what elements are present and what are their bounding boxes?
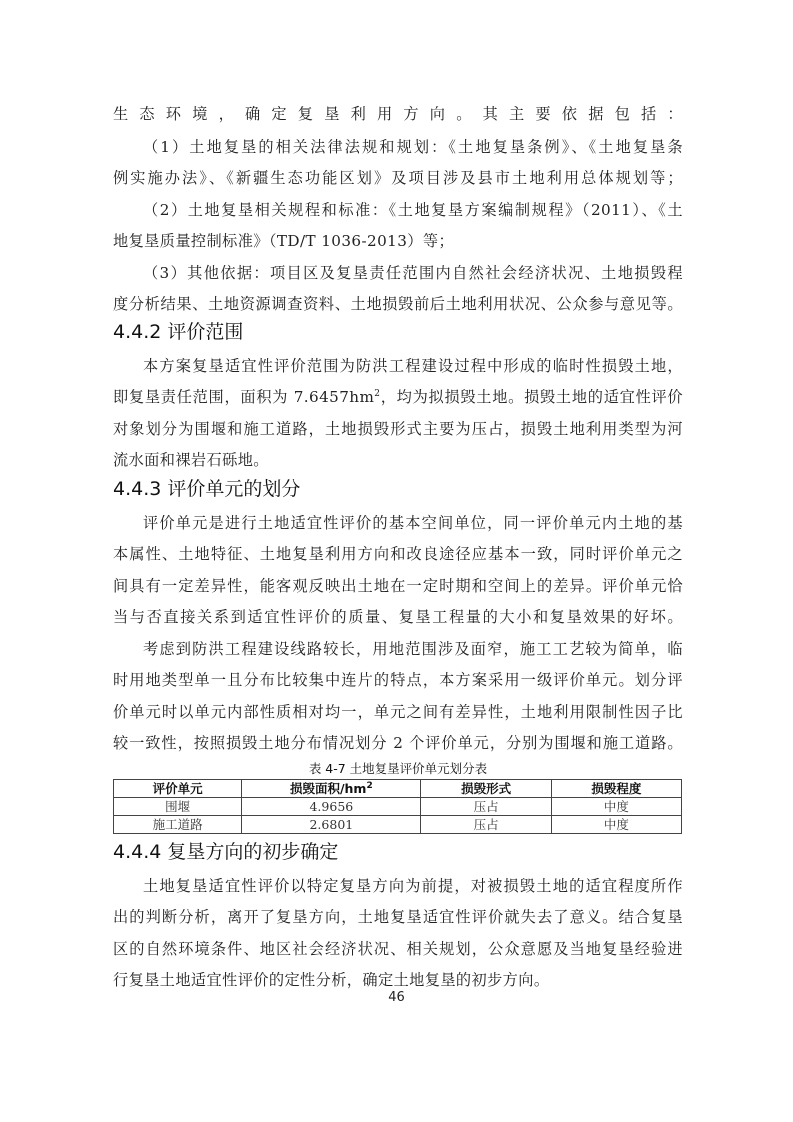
table-row: 围堰 4.9656 压占 中度 bbox=[114, 798, 682, 816]
evaluation-units-table: 评价单元 损毁面积/hm2 损毁形式 损毁程度 围堰 4.9656 压占 中度 … bbox=[113, 779, 682, 834]
paragraph-line: 本属性、土地特征、土地复垦利用方向和改良途径应基本一致，同时评价单元之 bbox=[113, 544, 683, 564]
cell-area: 2.6801 bbox=[242, 816, 421, 834]
paragraph-line: 较一致性，按照损毁土地分布情况划分 2 个评价单元，分别为围堰和施工道路。 bbox=[113, 733, 683, 753]
paragraph-line: （1）土地复垦的相关法律法规和规划：《土地复垦条例》、《土地复垦条 bbox=[143, 137, 683, 157]
paragraph-line: 例实施办法》、《新疆生态功能区划》及项目涉及县市土地利用总体规划等； bbox=[113, 168, 683, 188]
paragraph-line: （3）其他依据：项目区及复垦责任范围内自然社会经济状况、土地损毁程 bbox=[143, 263, 683, 283]
paragraph-line: 对象划分为围堰和施工道路，土地损毁形式主要为压占，损毁土地利用类型为河 bbox=[113, 419, 683, 439]
cell-unit: 围堰 bbox=[114, 798, 242, 816]
paragraph-line: 间具有一定差异性，能客观反映出土地在一定时期和空间上的差异。评价单元恰 bbox=[113, 576, 683, 596]
cell-degree: 中度 bbox=[551, 798, 681, 816]
section-heading-4-4-2: 4.4.2 评价范围 bbox=[113, 320, 243, 344]
column-header-degree: 损毁程度 bbox=[551, 780, 681, 798]
table-caption: 表 4-7 土地复垦评价单元划分表 bbox=[113, 761, 683, 777]
column-header-unit: 评价单元 bbox=[114, 780, 242, 798]
cell-degree: 中度 bbox=[551, 816, 681, 834]
paragraph-line: 出的判断分析，离开了复垦方向，土地复垦适宜性评价就失去了意义。结合复垦 bbox=[113, 907, 683, 927]
paragraph-line: 价单元时以单元内部性质相对均一，单元之间有差异性，土地利用限制性因子比 bbox=[113, 702, 683, 722]
paragraph-line: 区的自然环境条件、地区社会经济状况、相关规划，公众意愿及当地复垦经验进 bbox=[113, 939, 683, 959]
paragraph-line: （2）土地复垦相关规程和标准：《土地复垦方案编制规程》（2011）、《土 bbox=[143, 200, 683, 220]
text-fragment: ，均为拟损毁土地。损毁土地的适宜性评价 bbox=[380, 388, 683, 406]
paragraph-line: 地复垦质量控制标准》（TD/T 1036-2013）等； bbox=[113, 231, 683, 251]
paragraph-line: 评价单元是进行土地适宜性评价的基本空间单位，同一评价单元内土地的基 bbox=[143, 513, 683, 533]
table-header-row: 评价单元 损毁面积/hm2 损毁形式 损毁程度 bbox=[114, 780, 682, 798]
section-heading-4-4-4: 4.4.4 复垦方向的初步确定 bbox=[113, 840, 338, 864]
paragraph-line: 行复垦土地适宜性评价的定性分析，确定土地复垦的初步方向。 bbox=[113, 970, 683, 990]
table-row: 施工道路 2.6801 压占 中度 bbox=[114, 816, 682, 834]
paragraph-line: 即复垦责任范围，面积为 7.6457hm2，均为拟损毁土地。损毁土地的适宜性评价 bbox=[113, 387, 683, 407]
cell-form: 压占 bbox=[421, 798, 551, 816]
text-fragment: 即复垦责任范围，面积为 7.6457hm bbox=[113, 388, 374, 406]
section-heading-4-4-3: 4.4.3 评价单元的划分 bbox=[113, 477, 300, 501]
paragraph-line: 生态环境，确定复垦利用方向。其主要依据包括： bbox=[113, 104, 683, 124]
paragraph-line: 时用地类型单一且分布比较集中连片的特点，本方案采用一级评价单元。划分评 bbox=[113, 670, 683, 690]
cell-area: 4.9656 bbox=[242, 798, 421, 816]
paragraph-line: 度分析结果、土地资源调查资料、土地损毁前后土地利用状况、公众参与意见等。 bbox=[113, 294, 683, 314]
superscript: 2 bbox=[366, 781, 372, 791]
document-page: 生态环境，确定复垦利用方向。其主要依据包括： （1）土地复垦的相关法律法规和规划… bbox=[0, 0, 793, 1122]
paragraph-line: 考虑到防洪工程建设线路较长，用地范围涉及面窄，施工工艺较为简单，临 bbox=[143, 639, 683, 659]
paragraph-line: 土地复垦适宜性评价以特定复垦方向为前提，对被损毁土地的适宜程度所作 bbox=[143, 876, 683, 896]
cell-form: 压占 bbox=[421, 816, 551, 834]
header-text: 损毁面积/hm bbox=[290, 781, 367, 796]
page-number: 46 bbox=[0, 990, 793, 1005]
paragraph-line: 流水面和裸岩石砾地。 bbox=[113, 450, 683, 470]
cell-unit: 施工道路 bbox=[114, 816, 242, 834]
column-header-area: 损毁面积/hm2 bbox=[242, 780, 421, 798]
paragraph-line: 当与否直接关系到适宜性评价的质量、复垦工程量的大小和复垦效果的好坏。 bbox=[113, 607, 683, 627]
paragraph-line: 本方案复垦适宜性评价范围为防洪工程建设过程中形成的临时性损毁土地， bbox=[143, 356, 683, 376]
column-header-form: 损毁形式 bbox=[421, 780, 551, 798]
